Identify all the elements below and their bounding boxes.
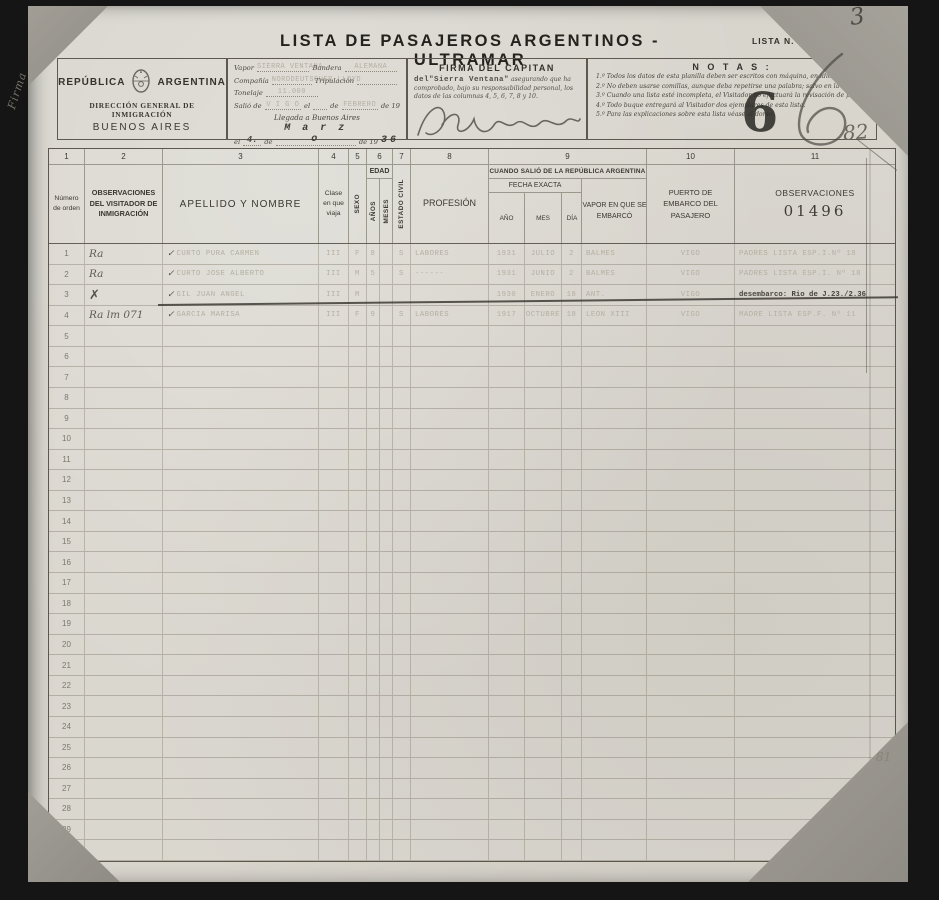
table-row: 20 <box>49 635 895 656</box>
ano-label: AÑO <box>489 193 525 243</box>
table-row: 27 <box>49 779 895 800</box>
salio-de19-label: de 19 <box>381 102 400 110</box>
ship-info-box: Vapor SIERRA VENTANA Bandera ALEMANA Com… <box>227 58 407 140</box>
table-row: 1Ra✓CURTO PURA CARMENIIIF8SLABORES1931JU… <box>49 244 895 265</box>
col-sexo: 5 SEXO <box>349 149 367 243</box>
table-row: 30 <box>49 840 895 861</box>
llegada-month: M a r z o <box>284 123 347 145</box>
table-row: 9 <box>49 409 895 430</box>
table-row: 21 <box>49 655 895 676</box>
salio-month: FEBRERO <box>343 101 376 109</box>
table-body: 1Ra✓CURTO PURA CARMENIIIF8SLABORES1931JU… <box>49 244 895 861</box>
col-sexo-label: SEXO <box>353 194 362 214</box>
llegada-de-label: de <box>264 138 272 146</box>
org-name-left: REPÚBLICA <box>58 77 125 88</box>
col-cuando-salio: 9 CUANDO SALIÓ DE LA REPÚBLICA ARGENTINA… <box>489 149 647 243</box>
col-numero: 1 Número de orden <box>49 149 85 243</box>
col-apellido-label: APELLIDO Y NOMBRE <box>163 165 318 243</box>
table-row: 7 <box>49 367 895 388</box>
handwritten-number-81: 81 <box>876 750 891 764</box>
mes-label: MES <box>525 193 562 243</box>
table-row: 16 <box>49 552 895 573</box>
org-box: REPÚBLICA ARGENTINA DIRECCIÓN GENERAL DE… <box>57 58 227 140</box>
org-name-right: ARGENTINA <box>157 77 225 88</box>
bandera-value: ALEMANA <box>354 63 387 71</box>
tonelaje-value: 11.000 <box>278 88 306 96</box>
captain-title: FIRMA DEL CAPITAN <box>414 63 580 73</box>
table-row: 19 <box>49 614 895 635</box>
llegada-de19-label: de 19 <box>359 138 378 146</box>
table-row: 2Ra✓CURTO JOSE ALBERTOIIIM5S------1931JU… <box>49 265 895 286</box>
col-estado-label: ESTADO CIVIL <box>397 179 406 229</box>
dia-label: DÍA <box>562 193 582 243</box>
org-direccion: DIRECCIÓN GENERAL DE INMIGRACIÓN <box>58 101 226 119</box>
col-observaciones: 11 OBSERVACIONES 01496 <box>735 149 895 243</box>
col-clase-label: Clase en que viaja <box>319 165 348 243</box>
col-anos-label: AÑOS <box>370 201 377 221</box>
table-row: 17 <box>49 573 895 594</box>
table-row: 4Ra lm 071✓GARCIA MARISAIIIF9SLABORES191… <box>49 306 895 327</box>
col-clase: 4 Clase en que viaja <box>319 149 349 243</box>
col-observaciones-visitador: 2 OBSERVACIONES DEL VISITADOR DE INMIGRA… <box>85 149 163 243</box>
compania-label: Compañía <box>234 77 269 85</box>
table-row: 5 <box>49 326 895 347</box>
table-row: 25 <box>49 738 895 759</box>
table-row: 22 <box>49 676 895 697</box>
col-profesion-label: PROFESIÓN <box>411 165 488 243</box>
cuando-salio-label: CUANDO SALIÓ DE LA REPÚBLICA ARGENTINA <box>489 165 646 179</box>
passenger-table: 1 Número de orden 2 OBSERVACIONES DEL VI… <box>48 148 896 862</box>
col-numero-label: Número de orden <box>49 165 84 243</box>
page-number-stamp: 01496 <box>784 202 847 220</box>
salio-de-label: de <box>330 102 338 110</box>
table-row: 29 <box>49 820 895 841</box>
stamped-list-number: 6 <box>740 79 780 144</box>
vapor-embarco-label: VAPOR EN QUE SE EMBARCÓ <box>582 179 647 243</box>
tripulacion-label: Tripulación <box>315 77 354 85</box>
handwritten-number-82: 82 <box>842 119 869 145</box>
col-edad: 6 EDAD AÑOS MESES <box>367 149 393 243</box>
table-row: 23 <box>49 696 895 717</box>
page-crease-dark <box>866 158 867 373</box>
argentina-coat-of-arms-icon <box>130 69 152 95</box>
col-profesion: 8 PROFESIÓN <box>411 149 489 243</box>
col-apellido: 3 APELLIDO Y NOMBRE <box>163 149 319 243</box>
col-puerto-label: PUERTO DE EMBARCO DEL PASAJERO <box>647 165 734 243</box>
vapor-label: Vapor <box>234 64 254 72</box>
salio-el-label: el <box>304 102 310 110</box>
col-observaciones-label: OBSERVACIONES <box>775 188 854 198</box>
scanned-passenger-list: { "page": { "title": "LISTA DE PASAJEROS… <box>0 0 939 900</box>
table-row: 14 <box>49 511 895 532</box>
llegada-el-label: el <box>234 138 240 146</box>
col-estado-civil: 7 ESTADO CIVIL <box>393 149 411 243</box>
table-row: 10 <box>49 429 895 450</box>
table-row: 12 <box>49 470 895 491</box>
llegada-year: 36 <box>381 135 399 146</box>
captain-signature-icon <box>412 95 584 143</box>
captain-typed-ship: del"Sierra Ventana" <box>414 76 509 84</box>
llegada-day: 4. <box>247 135 258 145</box>
col-obs-visitador-label: OBSERVACIONES DEL VISITADOR DE INMIGRACI… <box>85 165 162 243</box>
table-row: 15 <box>49 532 895 553</box>
table-row: 24 <box>49 717 895 738</box>
org-city: BUENOS AIRES <box>58 122 226 133</box>
bandera-label: Bandera <box>312 64 341 72</box>
salio-label: Salió de <box>234 102 262 110</box>
tonelaje-label: Tonelaje <box>234 89 263 97</box>
col-puerto: 10 PUERTO DE EMBARCO DEL PASAJERO <box>647 149 735 243</box>
salio-value: V I G O <box>266 101 299 109</box>
table-row: 6 <box>49 347 895 368</box>
llegada-label: Llegada a Buenos Aires <box>234 113 400 122</box>
col-edad-label: EDAD <box>367 165 392 179</box>
handwritten-margin-note: Firma <box>5 70 29 111</box>
table-row: 18 <box>49 594 895 615</box>
page-crease <box>869 150 871 860</box>
table-row: 13 <box>49 491 895 512</box>
table-row: 11 <box>49 450 895 471</box>
table-row: 26 <box>49 758 895 779</box>
table-row: 28 <box>49 799 895 820</box>
col-meses-label: MESES <box>383 199 390 224</box>
fecha-exacta-label: FECHA EXACTA <box>489 179 581 193</box>
table-header: 1 Número de orden 2 OBSERVACIONES DEL VI… <box>49 149 895 244</box>
table-row: 8 <box>49 388 895 409</box>
